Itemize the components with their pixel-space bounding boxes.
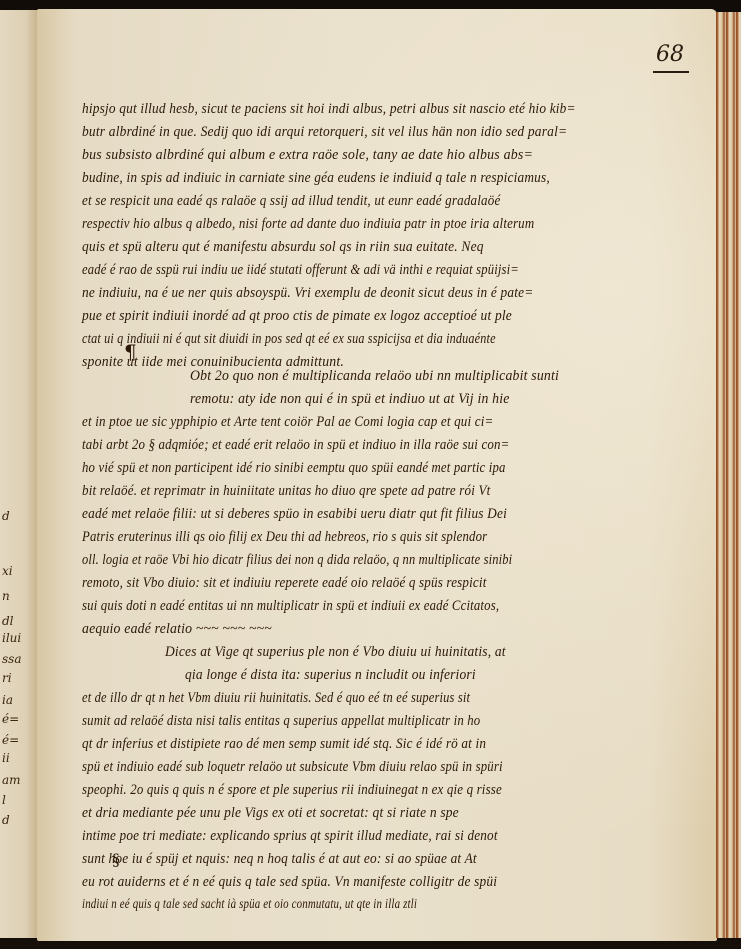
text-line: spü et indiuio eadé sub loquetr relaöo u…	[82, 759, 503, 776]
page-edges	[716, 12, 741, 938]
text-line: qia longe é dista ita: superius n includ…	[185, 667, 476, 684]
text-line: Obt 2o quo non é multiplicanda relaöo ub…	[190, 368, 559, 385]
left-page-fragment: é=	[2, 713, 19, 725]
text-line: hipsjo qut illud hesb, sicut te paciens …	[82, 101, 576, 118]
text-line: remoto, sit Vbo diuio: sit et indiuiu re…	[82, 575, 487, 592]
left-page-fragment: n	[2, 590, 10, 602]
text-line: budine, in spis ad indiuic in carniate s…	[82, 170, 550, 187]
text-line: ne indiuiu, na é ue ner quis absoyspü. V…	[82, 285, 533, 302]
text-line: et se respicit una eadé qs ralaöe q ssij…	[82, 193, 500, 210]
text-line: aequio eadé relatio ~~~ ~~~ ~~~	[82, 621, 272, 638]
left-page-fragment: l	[2, 794, 6, 806]
left-page-fragment: ia	[2, 694, 13, 706]
left-page-fragment: ri	[2, 672, 12, 684]
text-line: bit relaöé. et reprimatr in huiniitate u…	[82, 483, 490, 500]
text-line: qt dr inferius et distipiete rao dé men …	[82, 736, 486, 753]
text-line: intime poe tri mediate: explicando spriu…	[82, 828, 498, 845]
text-line: respectiv hio albus q albedo, nisi forte…	[82, 216, 534, 233]
paragraph-mark-icon: ¶	[124, 340, 137, 364]
left-page-fragment: ssa	[2, 653, 21, 665]
left-page-fragment: dl	[2, 615, 14, 627]
left-page-fragment: xi	[2, 565, 13, 577]
left-page-fragment: am	[2, 774, 21, 786]
text-line: bus subsisto albrdiné qui album e extra …	[82, 147, 533, 164]
left-page-fragment: d	[2, 510, 10, 522]
text-line: eadé met relaöe filii: ut si deberes spü…	[82, 506, 507, 523]
left-page-fragment: d	[2, 814, 10, 826]
text-line: sui quis doti n eadé entitas ui nn multi…	[82, 598, 499, 615]
text-line: et in ptoe ue sic ypphipio et Arte tent …	[82, 414, 493, 431]
text-line: eadé é rao de sspü rui indiu ue iidé stu…	[82, 262, 519, 279]
text-line: sumit ad relaöé dista nisi talis entitas…	[82, 713, 480, 730]
text-line: ctat ui q indiuii ni é qut sit diuidi in…	[82, 331, 496, 348]
text-line: remotu: aty ide non qui é in spü et indi…	[190, 391, 510, 408]
text-line: pue et spirit indiuii inordé ad qt proo …	[82, 308, 512, 325]
left-page-fragment: ii	[2, 752, 10, 764]
folio-number: 68	[656, 42, 684, 67]
text-line: quis et spü alteru qut é manifestu absur…	[82, 239, 484, 256]
text-line: Dices at Vige qt superius ple non é Vbo …	[165, 644, 506, 661]
folio-underline	[653, 71, 689, 73]
left-page-fragment: é=	[2, 734, 19, 746]
text-line: eu rot auiderns et é n eé quis q tale se…	[82, 874, 497, 891]
left-page-fragment: ilui	[2, 632, 21, 644]
section-mark-icon: §	[112, 850, 120, 869]
text-line: et de illo dr qt n het Vbm diuiu rii hui…	[82, 690, 470, 707]
text-line: et dria mediante pée unu ple Vigs ex oti…	[82, 805, 459, 822]
text-line: oll. logia et raöe Vbi hio dicatr filius…	[82, 552, 512, 569]
left-facing-page: d xi n dl ilui ssa ri ia é= é= ii am l d	[0, 10, 38, 938]
text-line: speophi. 2o quis q quis n é spore et ple…	[82, 782, 502, 799]
text-line: tabi arbt 2o § adqmióe; et eadé erit rel…	[82, 437, 510, 454]
text-line: butr albrdiné in que. Sedij quo idi arqu…	[82, 124, 567, 141]
text-line: Patris eruterinus illi qs oio filij ex D…	[82, 529, 487, 546]
text-line: sunt hoe iu é spüj et nquis: neq n hoq t…	[82, 851, 477, 868]
text-line: ho vié spü et non participent idé rio si…	[82, 460, 506, 477]
text-line: indiui n eé quis q tale sed sacht ià spü…	[82, 897, 417, 913]
